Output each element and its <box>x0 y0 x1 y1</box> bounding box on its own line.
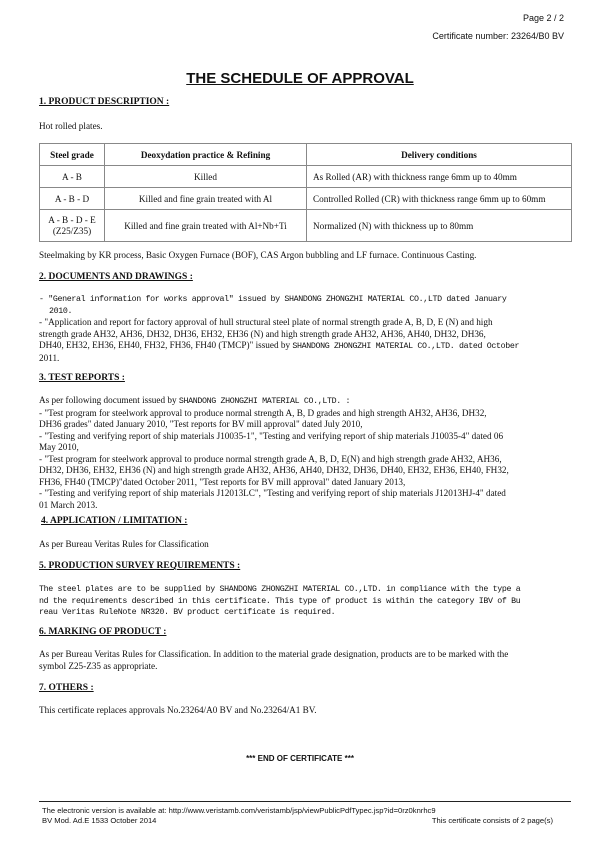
document-item-2-line-3-serif: DH40, EH32, EH36, EH40, FH32, FH36, FH40… <box>39 340 292 350</box>
cell-grade: A - B - D <box>40 188 105 210</box>
table-row: A - B Killed As Rolled (AR) with thickne… <box>40 166 572 188</box>
end-of-certificate: *** END OF CERTIFICATE *** <box>0 754 600 763</box>
test-report-line: 01 March 2013. <box>39 500 571 512</box>
table-header-row: Steel grade Deoxydation practice & Refin… <box>40 144 572 166</box>
section-heading-others: 7. OTHERS : <box>39 683 94 693</box>
cell-grade: A - B - D - E (Z25/Z35) <box>40 210 105 242</box>
others-text: This certificate replaces approvals No.2… <box>39 705 571 717</box>
test-reports-list: As per following document issued by SHAN… <box>39 395 571 511</box>
cell-deoxidation: Killed and fine grain treated with Al+Nb… <box>105 210 307 242</box>
marking-line: As per Bureau Veritas Rules for Classifi… <box>39 649 571 661</box>
page-number: Page 2 / 2 <box>523 13 564 23</box>
steelmaking-note: Steelmaking by KR process, Basic Oxygen … <box>39 250 571 262</box>
cell-delivery: Controlled Rolled (CR) with thickness ra… <box>307 188 572 210</box>
production-survey-line: reau Veritas RuleNote NR320. BV product … <box>39 607 579 619</box>
production-survey-line: The steel plates are to be supplied by S… <box>39 584 579 596</box>
test-report-line: - "Testing and verifying report of ship … <box>39 488 571 500</box>
table-row: A - B - D Killed and fine grain treated … <box>40 188 572 210</box>
test-report-line: - "Testing and verifying report of ship … <box>39 431 571 443</box>
document-title-text: THE SCHEDULE OF APPROVAL <box>186 70 414 87</box>
document-item-2-line-1: - "Application and report for factory ap… <box>39 317 571 329</box>
test-report-line: DH32, DH36, EH32, EH36 (N) and high stre… <box>39 465 571 477</box>
header-delivery-conditions: Delivery conditions <box>307 144 572 166</box>
cell-delivery: As Rolled (AR) with thickness range 6mm … <box>307 166 572 188</box>
cell-grade-main: A - B - D - E <box>46 215 98 226</box>
document-item-2-line-3: DH40, EH32, EH36, EH40, FH32, FH36, FH40… <box>39 340 571 353</box>
test-report-line: - "Test program for steelwork approval t… <box>39 408 571 420</box>
header-deoxidation: Deoxydation practice & Refining <box>105 144 307 166</box>
test-reports-intro: As per following document issued by SHAN… <box>39 395 571 408</box>
header-steel-grade: Steel grade <box>40 144 105 166</box>
marking-text: As per Bureau Veritas Rules for Classifi… <box>39 649 571 672</box>
product-description-intro: Hot rolled plates. <box>39 121 571 133</box>
test-report-line: - "Test program for steelwork approval t… <box>39 454 571 466</box>
section-heading-test-reports: 3. TEST REPORTS : <box>39 373 125 383</box>
cell-grade: A - B <box>40 166 105 188</box>
test-report-line: May 2010, <box>39 442 571 454</box>
document-title: THE SCHEDULE OF APPROVAL <box>0 70 600 87</box>
document-item-2-line-3-mono: SHANDONG ZHONGZHI MATERIAL CO.,LTD. date… <box>292 342 519 351</box>
documents-list: - "General information for works approva… <box>39 294 571 364</box>
section-heading-marking: 6. MARKING OF PRODUCT : <box>39 627 166 637</box>
section-heading-product-description: 1. PRODUCT DESCRIPTION : <box>39 97 169 107</box>
cell-deoxidation: Killed and fine grain treated with Al <box>105 188 307 210</box>
cell-deoxidation: Killed <box>105 166 307 188</box>
cell-grade-sub: (Z25/Z35) <box>46 226 98 237</box>
footer-electronic-version: The electronic version is available at: … <box>42 806 436 815</box>
application-text: As per Bureau Veritas Rules for Classifi… <box>39 539 571 551</box>
test-reports-intro-mono: SHANDONG ZHONGZHI MATERIAL CO.,LTD. : <box>179 397 350 406</box>
production-survey-line: nd the requirements described in this ce… <box>39 596 579 608</box>
table-row: A - B - D - E (Z25/Z35) Killed and fine … <box>40 210 572 242</box>
section-heading-documents: 2. DOCUMENTS AND DRAWINGS : <box>39 272 193 282</box>
document-item-2-line-2: strength grade AH32, AH36, DH32, DH36, E… <box>39 329 571 341</box>
section-heading-production-survey: 5. PRODUCTION SURVEY REQUIREMENTS : <box>39 561 240 571</box>
document-item-2-line-4: 2011. <box>39 353 571 365</box>
section-heading-application: 4. APPLICATION / LIMITATION : <box>41 516 187 526</box>
footer-form-reference: BV Mod. Ad.E 1533 October 2014 <box>42 816 156 825</box>
footer-page-count: This certificate consists of 2 page(s) <box>432 816 553 825</box>
production-survey-text: The steel plates are to be supplied by S… <box>39 584 579 619</box>
test-report-line: DH36 grades" dated January 2010, "Test r… <box>39 419 571 431</box>
footer-divider <box>39 801 571 802</box>
marking-line: symbol Z25-Z35 as appropriate. <box>39 661 571 673</box>
steel-grade-table: Steel grade Deoxydation practice & Refin… <box>39 143 572 242</box>
cell-delivery: Normalized (N) with thickness up to 80mm <box>307 210 572 242</box>
certificate-number: Certificate number: 23264/B0 BV <box>432 31 564 41</box>
test-reports-intro-serif: As per following document issued by <box>39 395 179 405</box>
document-item-1-line-1: - "General information for works approva… <box>39 294 571 306</box>
document-item-1-line-2: 2010. <box>39 306 571 318</box>
test-report-line: FH36, FH40 (TMCP)"dated October 2011, "T… <box>39 477 571 489</box>
